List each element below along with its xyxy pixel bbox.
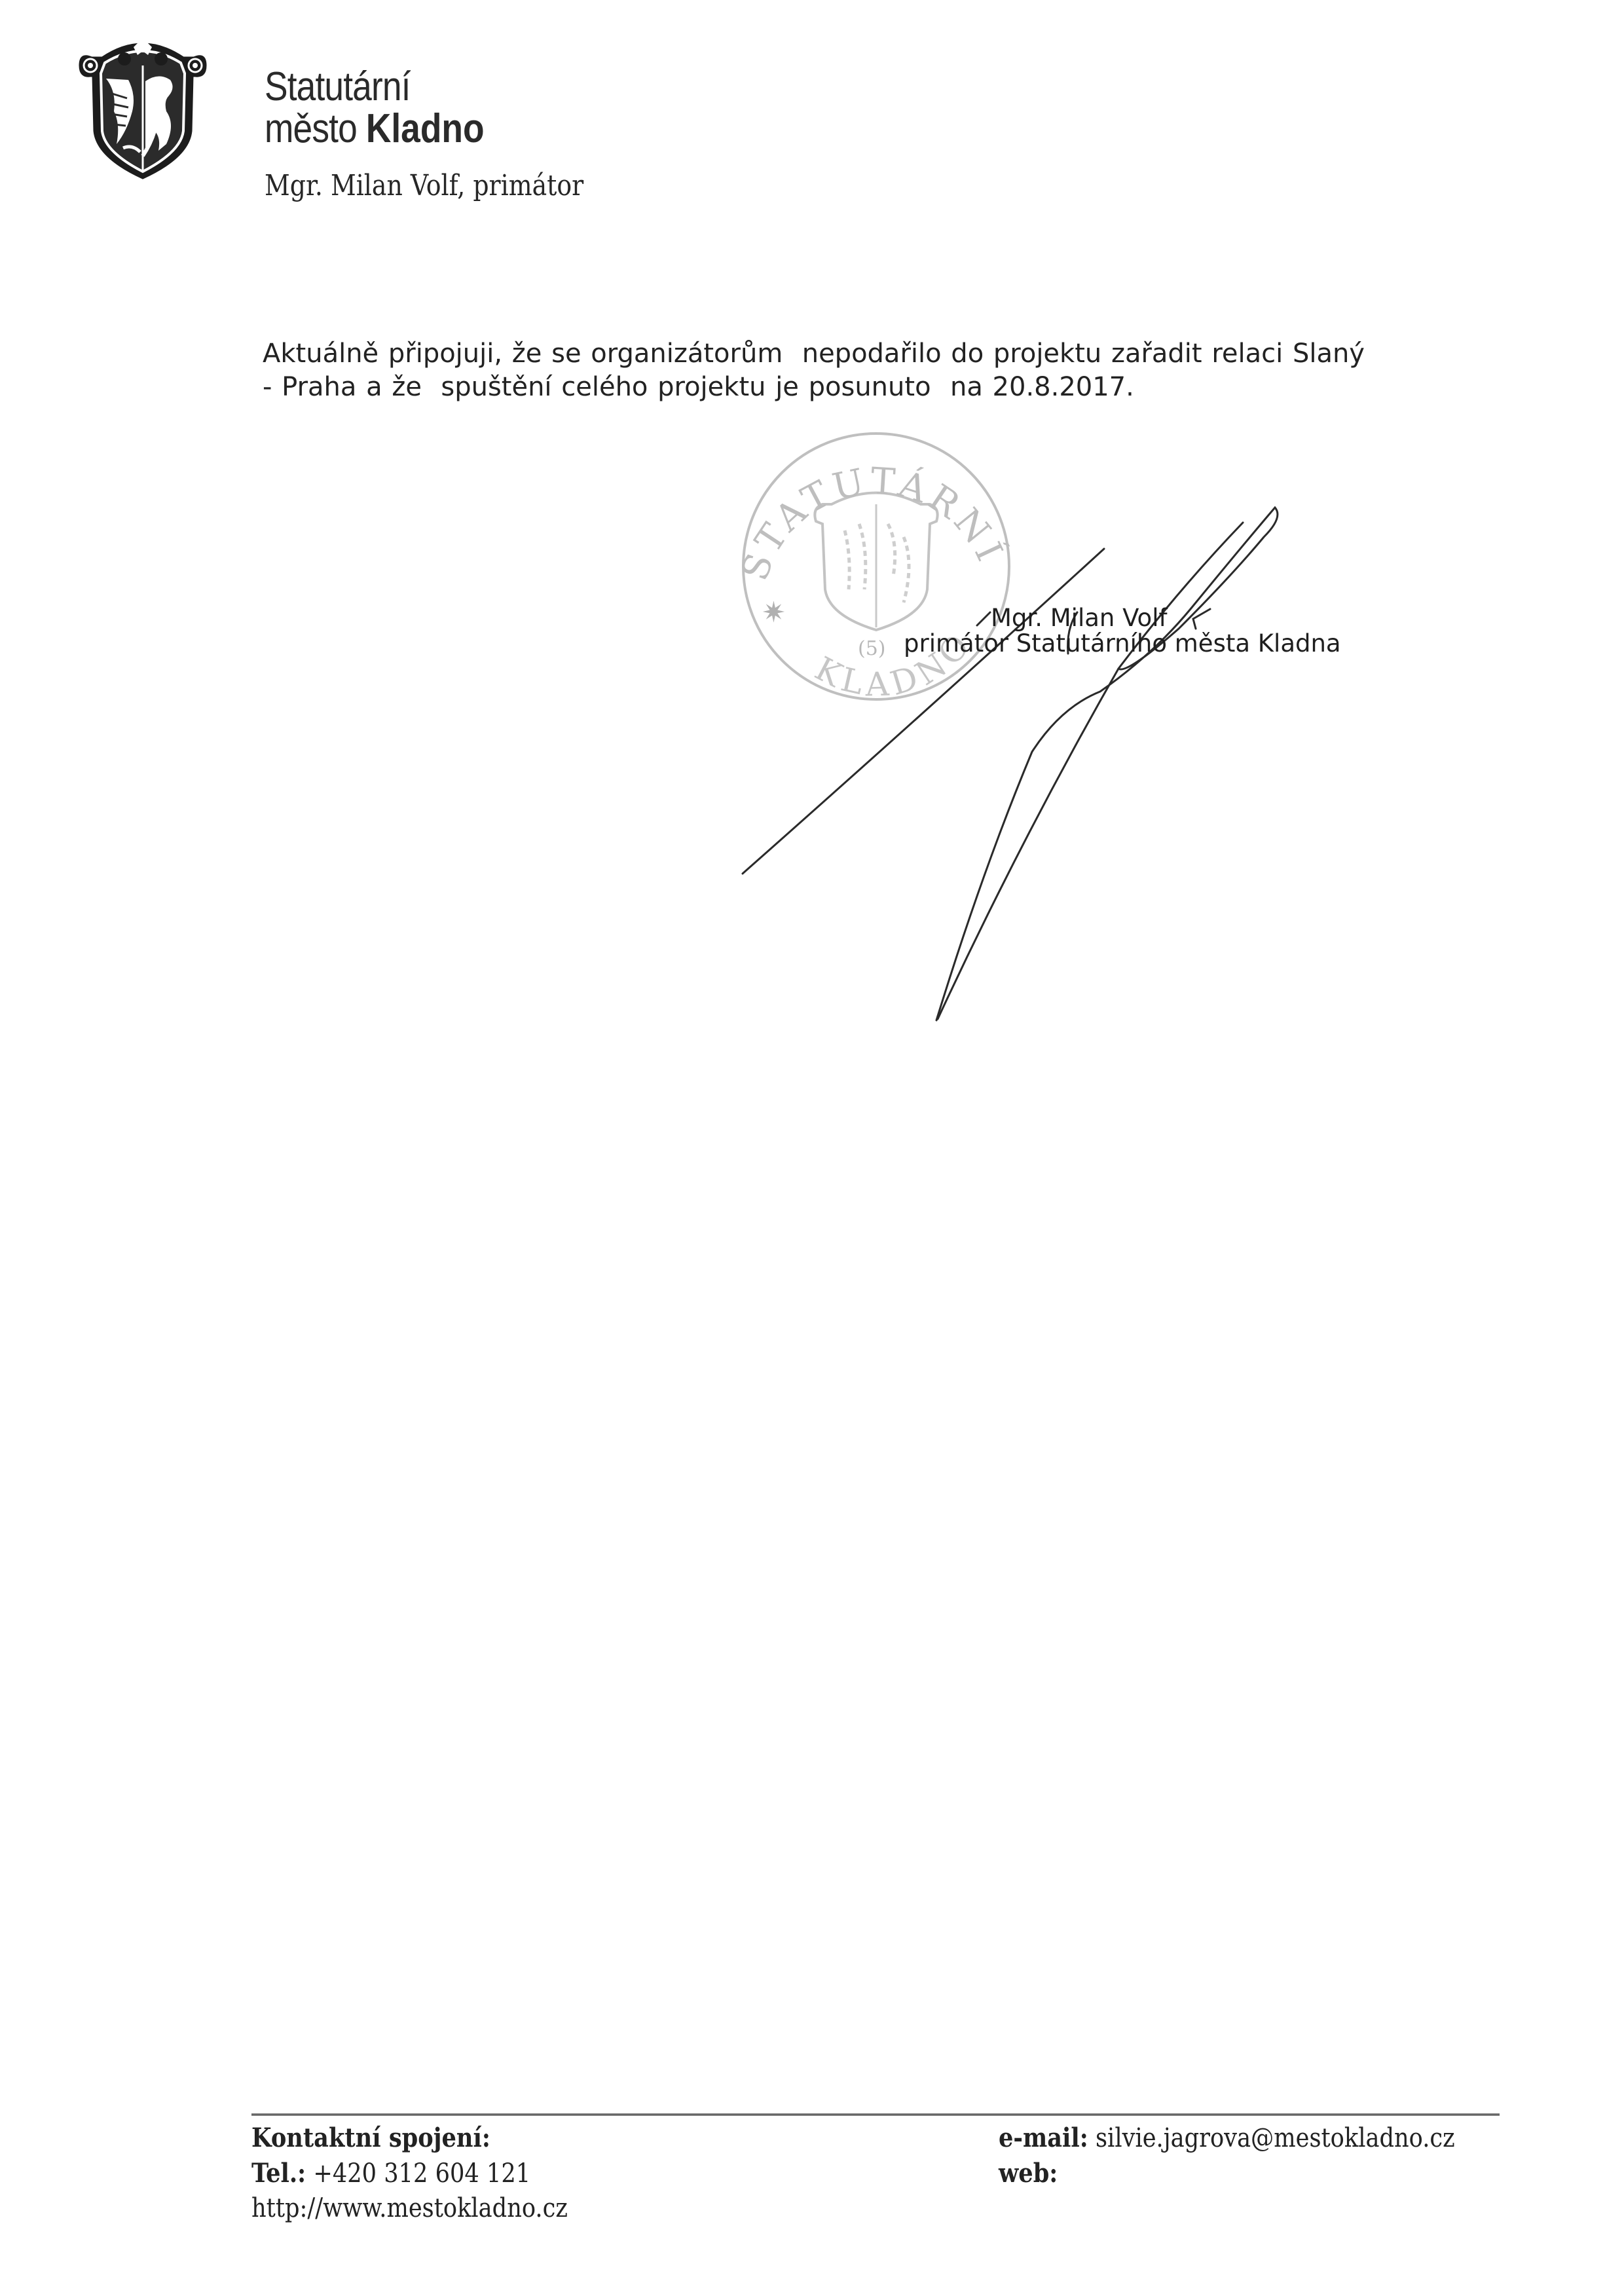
kladno-coat-of-arms-icon xyxy=(77,33,208,180)
footer-web: web: xyxy=(999,2160,1058,2187)
footer-email-label: e-mail: xyxy=(999,2122,1088,2153)
organization-name-bold: Kladno xyxy=(366,106,485,151)
footer-divider xyxy=(251,2113,1500,2116)
organization-name-line-1: Statutární xyxy=(265,67,411,107)
footer-phone-value: +420 312 604 121 xyxy=(313,2158,530,2189)
body-text-line-1: Aktuálně připojuji, že se organizátorům … xyxy=(263,341,1365,367)
body-text-line-2: - Praha a že spuštění celého projektu je… xyxy=(263,374,1134,400)
signer-name: Mgr. Milan Volf xyxy=(991,606,1168,630)
svg-text:✷: ✷ xyxy=(762,596,786,629)
footer-contact-label: Kontaktní spojení: xyxy=(251,2125,490,2151)
organization-name-regular: město xyxy=(265,106,357,151)
stamp-number: (5) xyxy=(858,637,886,660)
signer-title: primátor Statutárního města Kladna xyxy=(904,631,1341,656)
handwritten-signature-icon xyxy=(743,508,1278,1020)
organization-name-line-2: město Kladno xyxy=(265,109,485,149)
footer-phone: Tel.: +420 312 604 121 xyxy=(251,2160,530,2187)
footer-email-link[interactable]: silvie.jagrova@mestokladno.cz xyxy=(1096,2123,1455,2153)
footer-website-link[interactable]: http://www.mestokladno.cz xyxy=(251,2195,568,2221)
sender-name-title: Mgr. Milan Volf, primátor xyxy=(265,172,583,200)
footer-phone-label: Tel.: xyxy=(251,2158,306,2189)
footer-email: e-mail: silvie.jagrova@mestokladno.cz xyxy=(999,2125,1455,2151)
footer-web-label: web: xyxy=(999,2158,1058,2189)
